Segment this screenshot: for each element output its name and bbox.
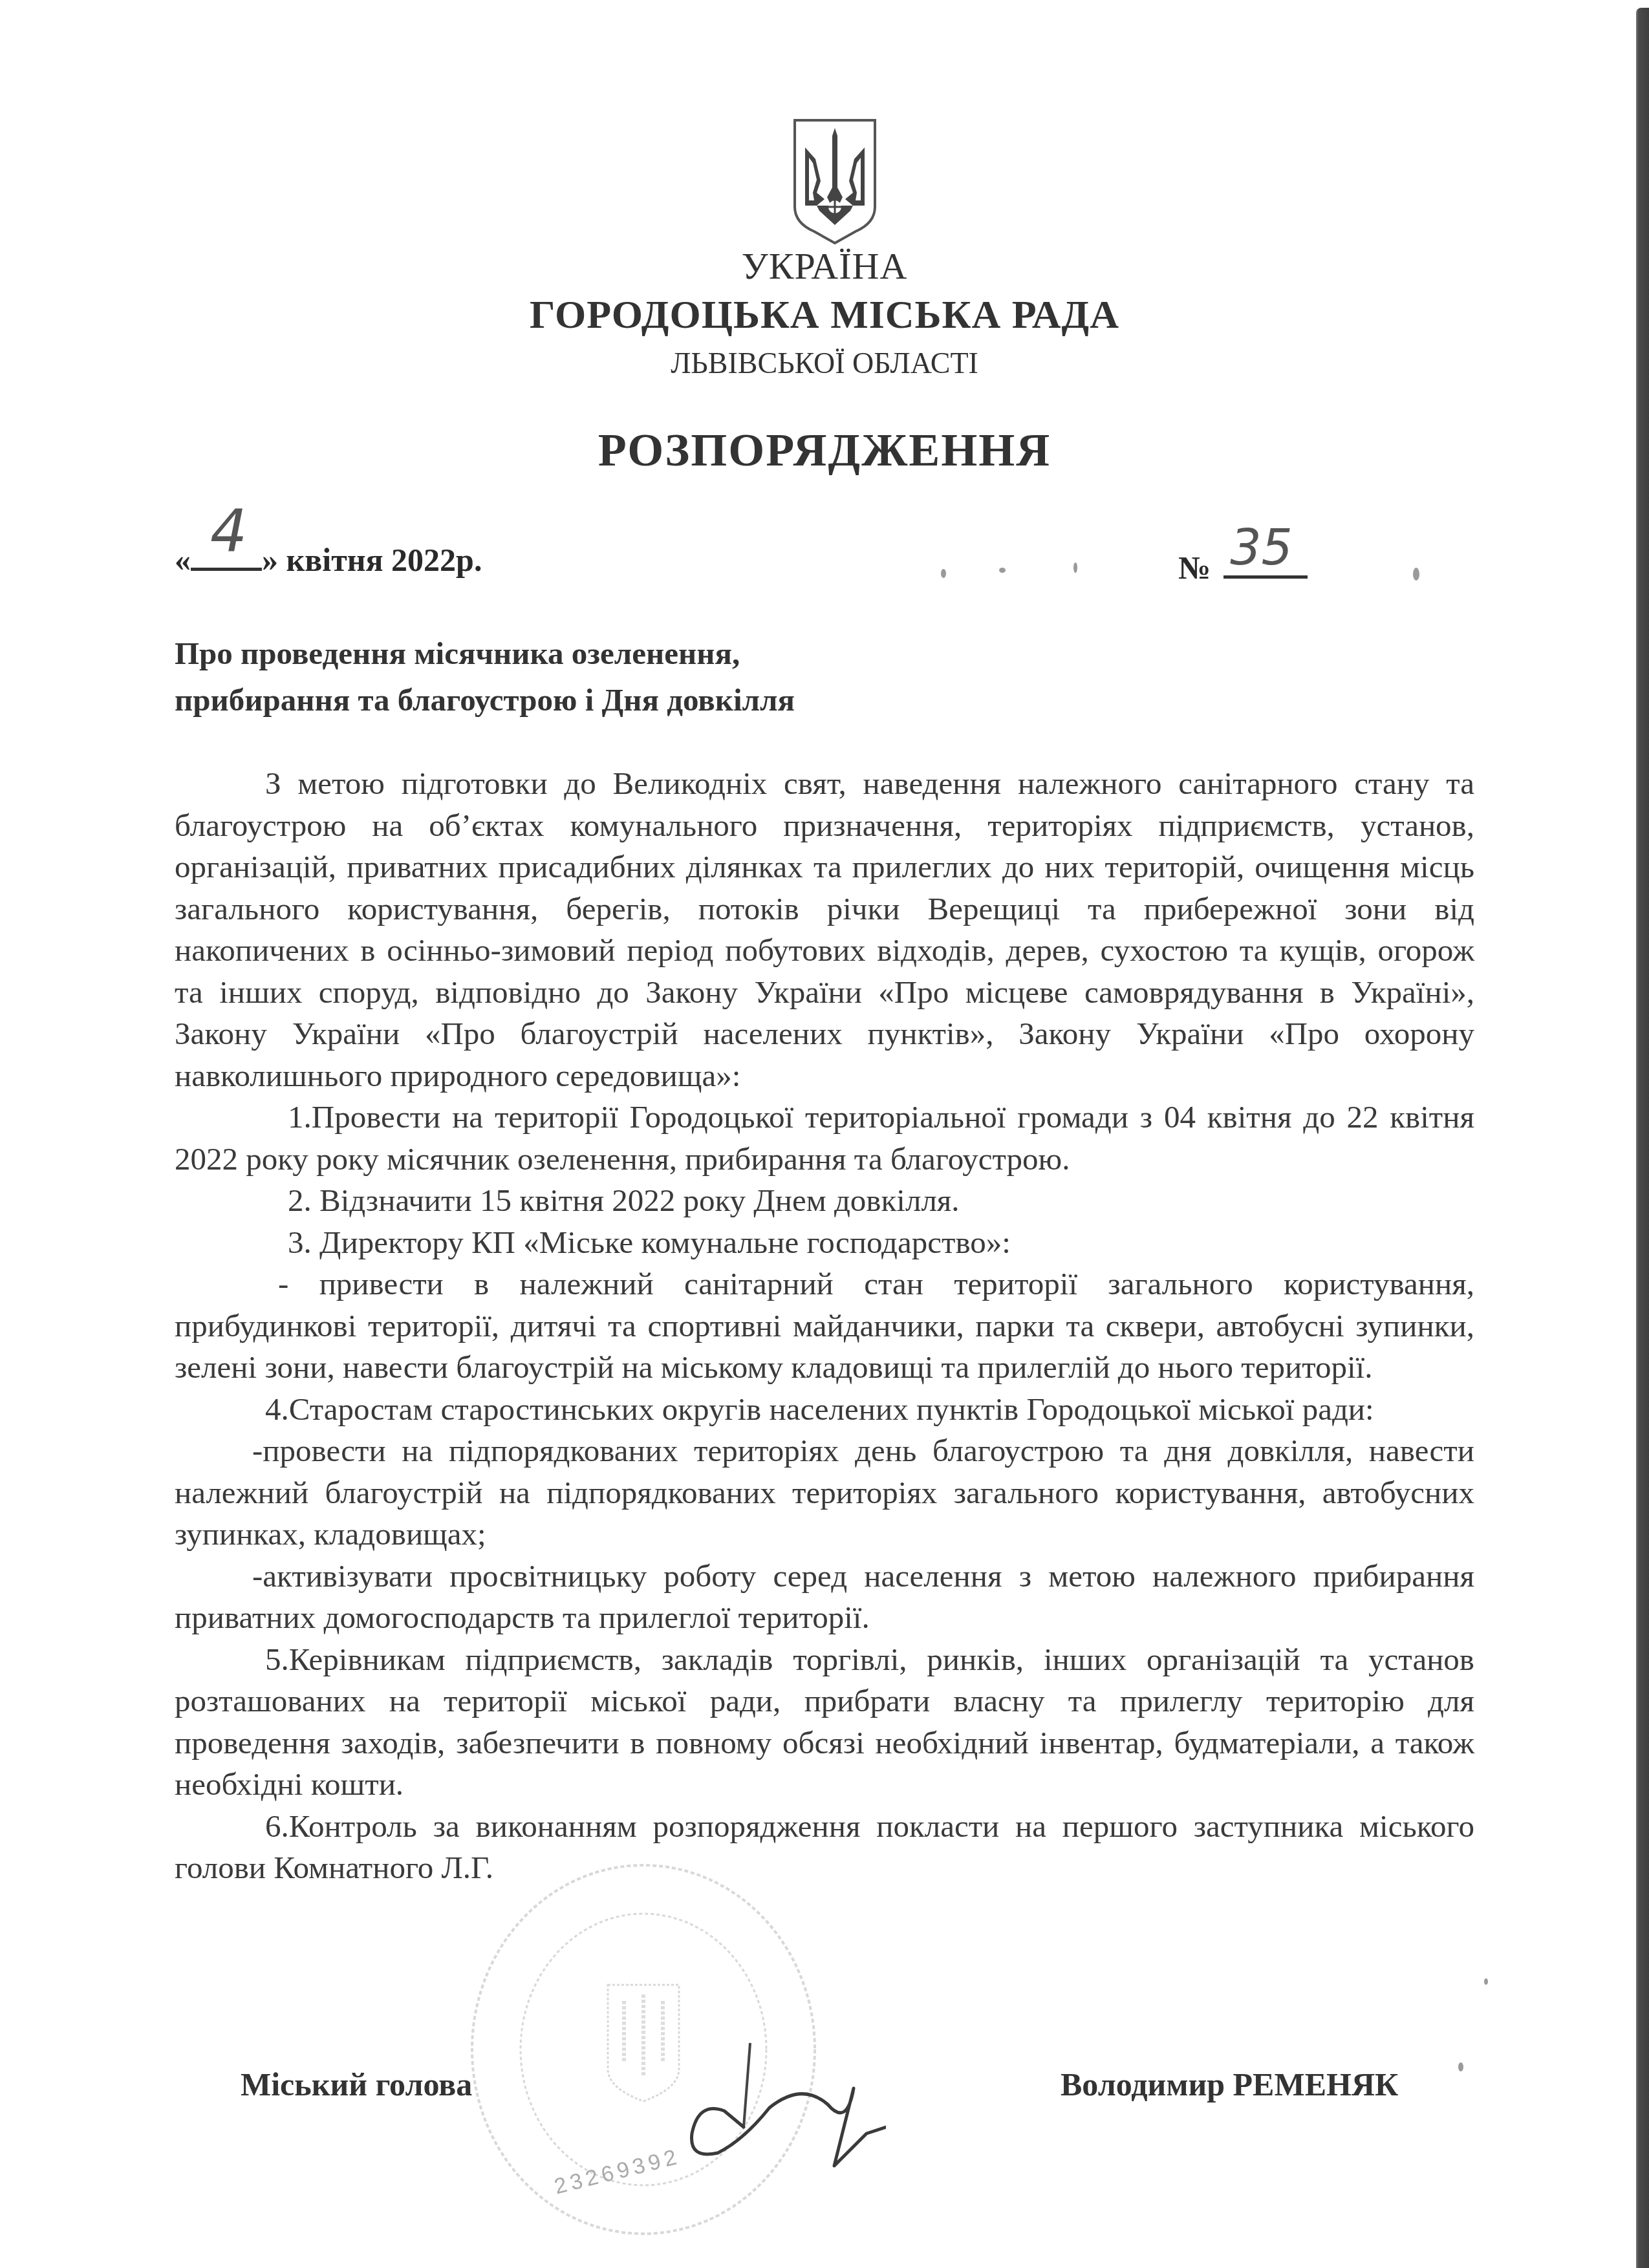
document-body: З метою підготовки до Великодніх свят, н…: [175, 763, 1474, 1889]
header-council: ГОРОДОЦЬКА МІСЬКА РАДА: [0, 292, 1649, 338]
document-type-heading: РОЗПОРЯДЖЕННЯ: [0, 423, 1649, 477]
body-item-2: 2. Відзначити 15 квітня 2022 року Днем д…: [175, 1180, 1474, 1222]
body-item-4-subpoint-1: -провести на підпорядкованих територіях …: [175, 1430, 1474, 1556]
handwritten-day: 4: [210, 498, 247, 566]
signature-block: Міський голова Володимир РЕМЕНЯК: [0, 2066, 1649, 2143]
body-item-5: 5.Керівникам підприємств, закладів торгі…: [175, 1639, 1474, 1806]
document-title: Про проведення місячника озеленення, при…: [175, 630, 795, 723]
document-date: «4» квітня 2022р.: [175, 537, 482, 579]
scan-speck: [1484, 1978, 1488, 1985]
scan-speck: [1413, 568, 1419, 581]
body-item-4: 4.Старостам старостинських округів насел…: [175, 1389, 1474, 1431]
handwritten-number: 35: [1230, 519, 1293, 576]
scan-speck: [941, 569, 946, 578]
number-field: 35: [1223, 544, 1308, 579]
date-month-year: квітня 2022р.: [286, 542, 482, 578]
date-open-quote: «: [175, 542, 191, 578]
title-line-2: прибирання та благоустрою і Дня довкілля: [175, 677, 795, 723]
scan-speck: [1073, 562, 1077, 573]
body-intro-paragraph: З метою підготовки до Великодніх свят, н…: [175, 763, 1474, 1097]
signatory-name: Володимир РЕМЕНЯК: [1061, 2066, 1398, 2103]
scan-speck: [999, 568, 1006, 573]
signatory-position: Міський голова: [241, 2066, 472, 2103]
title-line-1: Про проведення місячника озеленення,: [175, 630, 795, 677]
body-item-6: 6.Контроль за виконанням розпорядження п…: [175, 1806, 1474, 1889]
body-item-3-subpoint: - привести в належний санітарний стан те…: [175, 1263, 1474, 1389]
date-close-quote: »: [262, 542, 278, 578]
body-item-3: 3. Директору КП «Міське комунальне госпо…: [175, 1222, 1474, 1264]
header-region: ЛЬВІВСЬКОЇ ОБЛАСТІ: [0, 346, 1649, 380]
body-item-1: 1.Провести на території Городоцької тери…: [175, 1097, 1474, 1180]
scan-speck: [1458, 2062, 1463, 2071]
document-number: №35: [1178, 544, 1308, 586]
body-item-4-subpoint-2: -активізувати просвітницьку роботу серед…: [175, 1556, 1474, 1639]
number-label: №: [1178, 550, 1211, 586]
header-country: УКРАЇНА: [0, 244, 1649, 288]
date-day-field: 4: [191, 537, 262, 571]
coat-of-arms-icon: [791, 116, 879, 246]
